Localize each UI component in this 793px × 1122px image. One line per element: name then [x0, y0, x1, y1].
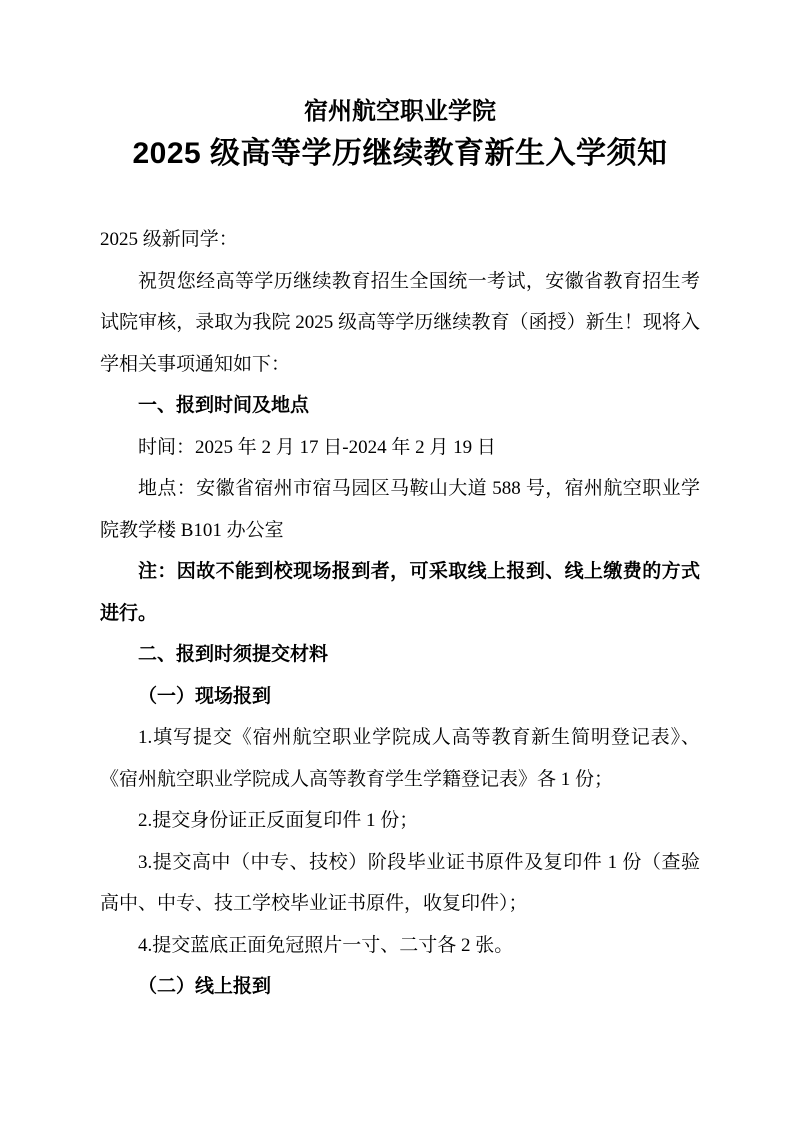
document-content: 宿州航空职业学院 2025 级高等学历继续教育新生入学须知 2025 级新同学：… [100, 0, 700, 1008]
salutation-line: 2025 级新同学： [100, 219, 700, 261]
material-item-3: 3.提交高中（中专、技校）阶段毕业证书原件及复印件 1 份（查验高中、中专、技工… [100, 842, 700, 925]
material-item-1: 1.填写提交《宿州航空职业学院成人高等教育新生简明登记表》、《宿州航空职业学院成… [100, 717, 700, 800]
material-item-4: 4.提交蓝底正面免冠照片一寸、二寸各 2 张。 [100, 925, 700, 967]
document-page: 宿州航空职业学院 2025 级高等学历继续教育新生入学须知 2025 级新同学：… [0, 0, 793, 1122]
document-title-main: 2025 级高等学历继续教育新生入学须知 [100, 133, 700, 175]
subsection-1-heading: （一）现场报到 [100, 676, 700, 718]
report-time-line: 时间：2025 年 2 月 17 日-2024 年 2 月 19 日 [100, 427, 700, 469]
subsection-2-heading: （二）线上报到 [100, 966, 700, 1008]
note-paragraph: 注：因故不能到校现场报到者，可采取线上报到、线上缴费的方式进行。 [100, 551, 700, 634]
material-item-2: 2.提交身份证正反面复印件 1 份； [100, 800, 700, 842]
document-title-college: 宿州航空职业学院 [100, 96, 700, 128]
intro-paragraph: 祝贺您经高等学历继续教育招生全国统一考试，安徽省教育招生考试院审核，录取为我院 … [100, 261, 700, 386]
section-1-heading: 一、报到时间及地点 [100, 385, 700, 427]
document-body: 2025 级新同学： 祝贺您经高等学历继续教育招生全国统一考试，安徽省教育招生考… [100, 219, 700, 1008]
section-2-heading: 二、报到时须提交材料 [100, 634, 700, 676]
report-location-line: 地点：安徽省宿州市宿马园区马鞍山大道 588 号，宿州航空职业学院教学楼 B10… [100, 468, 700, 551]
